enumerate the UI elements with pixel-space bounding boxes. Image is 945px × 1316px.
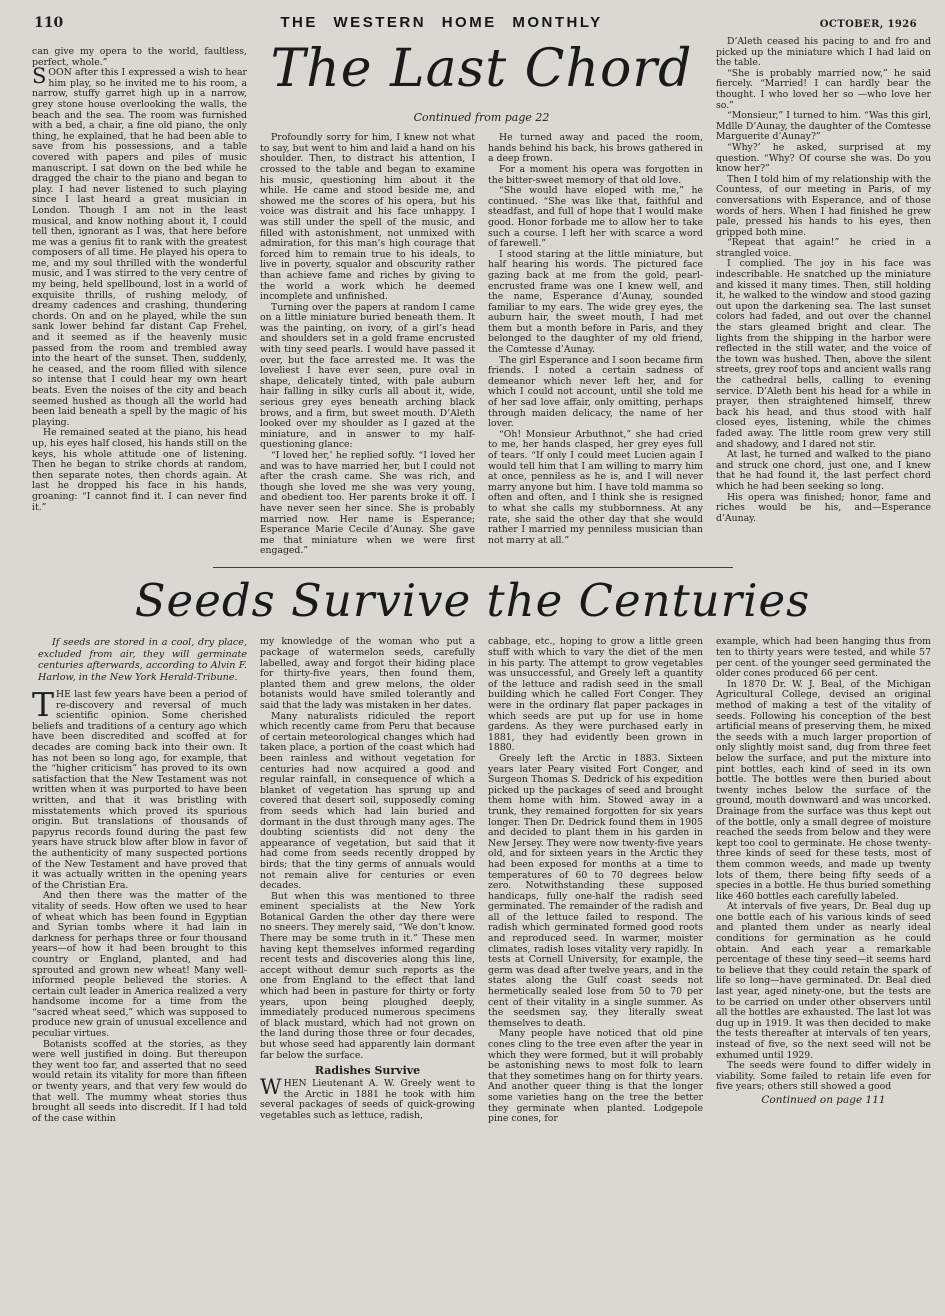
article-paragraph: He remained seated at the piano, his hea… xyxy=(32,428,247,513)
article1-title-block: The Last Chord Continued from page 22 xyxy=(260,37,703,133)
section-divider-rule xyxy=(213,567,733,568)
page-number: 110 xyxy=(34,15,63,31)
article-paragraph: At last, he turned and walked to the pia… xyxy=(716,450,931,492)
article-paragraph: “She would have eloped with me,” he cont… xyxy=(488,186,703,250)
article-paragraph: THE last few years have been a period of… xyxy=(32,690,247,891)
article2-subheading: Radishes Survive xyxy=(260,1064,475,1077)
article1-title: The Last Chord xyxy=(260,41,703,98)
article2-column-3: cabbage, etc., hoping to grow a little g… xyxy=(488,637,703,1124)
article1-column-2: Profoundly sorry for him, I knew not wha… xyxy=(260,133,475,557)
article-paragraph: “Repeat that again!” he cried in a stran… xyxy=(716,238,931,259)
article-paragraph: Botanists scoffed at the stories, as the… xyxy=(32,1040,247,1125)
article-seeds-survive-the-centuries: Seeds Survive the Centuries If seeds are… xyxy=(0,576,945,1125)
article-paragraph: cabbage, etc., hoping to grow a little g… xyxy=(488,637,703,754)
article-paragraph: I stood staring at the little miniature,… xyxy=(488,250,703,356)
article-paragraph: “She is probably married now,” he said f… xyxy=(716,69,931,111)
article2-column-4: example, which had been hanging thus fro… xyxy=(716,637,931,1124)
article-paragraph: I complied. The joy in his face was inde… xyxy=(716,259,931,450)
article-paragraph: my knowledge of the woman who put a pack… xyxy=(260,637,475,711)
article2-title: Seeds Survive the Centuries xyxy=(0,576,945,626)
article1-column-4: D’Aleth ceased his pacing to and fro and… xyxy=(716,37,931,557)
article-paragraph: “I loved her,’ he replied softly. “I lov… xyxy=(260,451,475,557)
issue-date: OCTOBER, 1926 xyxy=(820,19,917,30)
article-paragraph: The seeds were found to differ widely in… xyxy=(716,1061,931,1093)
article-paragraph: “Oh! Monsieur Arbuthnot,” she had cried … xyxy=(488,430,703,547)
article-paragraph: Many people have noticed that old pine c… xyxy=(488,1029,703,1124)
article-paragraph: And then there was the matter of the vit… xyxy=(32,891,247,1039)
continued-on-note: Continued on page 111 xyxy=(716,1094,931,1106)
article1-column-1: can give my opera to the world, faultles… xyxy=(32,37,247,557)
article-paragraph: At intervals of five years, Dr. Beal dug… xyxy=(716,902,931,1061)
article-paragraph: “Monsieur,” I turned to him. “Was this g… xyxy=(716,111,931,143)
article-paragraph: His opera was finished; honor, fame and … xyxy=(716,493,931,525)
article-the-last-chord: can give my opera to the world, faultles… xyxy=(0,37,945,557)
article-paragraph: SOON after this I expressed a wish to he… xyxy=(32,68,247,428)
article-paragraph: Profoundly sorry for him, I knew not wha… xyxy=(260,133,475,303)
magazine-page: 110 THE WESTERN HOME MONTHLY OCTOBER, 19… xyxy=(0,0,945,1316)
article-paragraph: He turned away and paced the room, hands… xyxy=(488,133,703,165)
article-paragraph: Then I told him of my relationship with … xyxy=(716,175,931,239)
article-paragraph: But when this was mentioned to three emi… xyxy=(260,892,475,1062)
article-paragraph: For a moment his opera was forgotten in … xyxy=(488,165,703,186)
masthead-title: THE WESTERN HOME MONTHLY xyxy=(280,14,602,31)
article-paragraph: The girl Esperance and I soon became fir… xyxy=(488,356,703,430)
article-paragraph: “Why?’ he asked, surprised at my questio… xyxy=(716,143,931,175)
article2-column-1: If seeds are stored in a cool, dry place… xyxy=(32,637,247,1124)
article-paragraph: Many naturalists ridiculed the report wh… xyxy=(260,712,475,892)
article2-column-2: my knowledge of the woman who put a pack… xyxy=(260,637,475,1124)
article-paragraph: example, which had been hanging thus fro… xyxy=(716,637,931,679)
article-paragraph: D’Aleth ceased his pacing to and fro and… xyxy=(716,37,931,69)
article-paragraph: can give my opera to the world, faultles… xyxy=(32,47,247,68)
article1-column-3: He turned away and paced the room, hands… xyxy=(488,133,703,557)
article-paragraph: In 1870 Dr. W. J. Beal, of the Michigan … xyxy=(716,680,931,902)
article-paragraph: Greely left the Arctic in 1883. Sixteen … xyxy=(488,754,703,1029)
article2-columns: If seeds are stored in a cool, dry place… xyxy=(0,637,945,1124)
continued-from-note: Continued from page 22 xyxy=(260,111,703,124)
article-paragraph: WHEN Lieutenant A. W. Greely went to the… xyxy=(260,1079,475,1121)
article-paragraph: Turning over the papers at random I came… xyxy=(260,303,475,451)
page-header: 110 THE WESTERN HOME MONTHLY OCTOBER, 19… xyxy=(0,0,945,31)
article2-intro: If seeds are stored in a cool, dry place… xyxy=(32,637,247,683)
